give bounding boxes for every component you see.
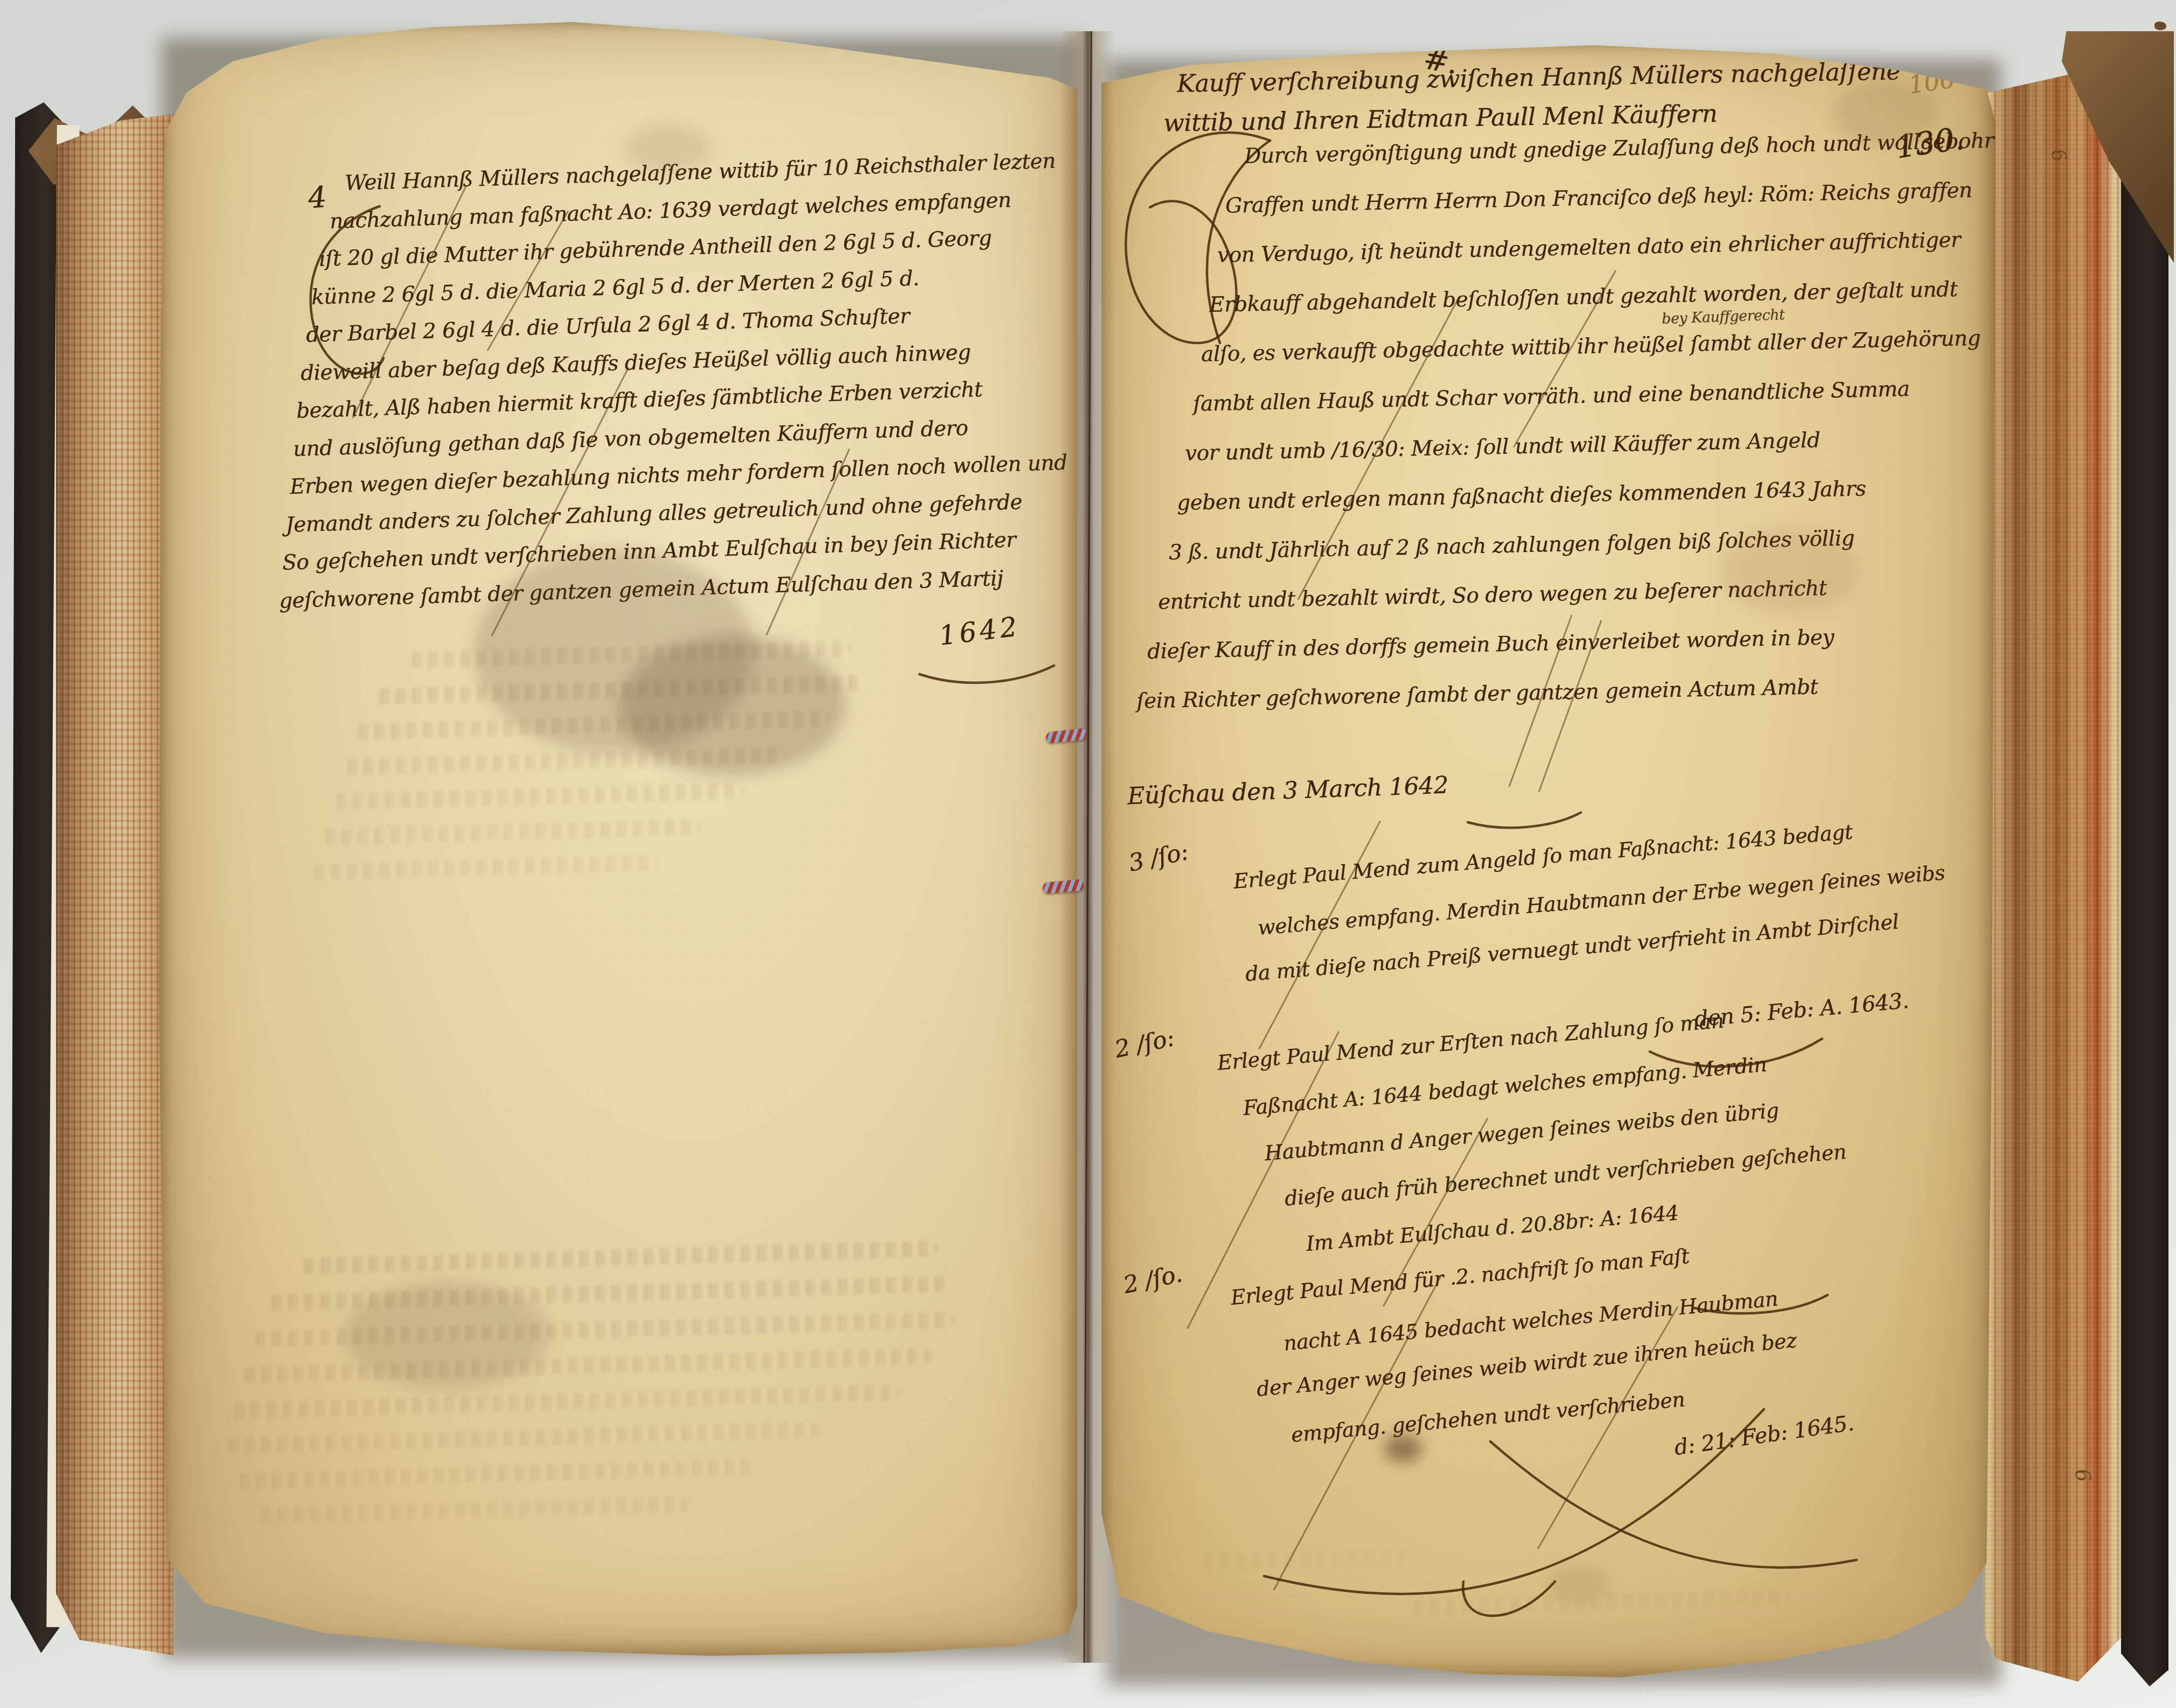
pen-flourish-underline	[913, 657, 1064, 700]
pen-flourish	[1644, 1029, 1828, 1081]
debris-speck	[2154, 22, 2166, 30]
initial-swash	[285, 197, 399, 407]
page-edge-grain	[1984, 74, 2141, 1682]
signature-flourish	[1231, 1397, 1915, 1656]
book-gutter	[1059, 31, 1115, 1663]
paper-stain	[1718, 528, 1858, 614]
left-page: 4 Weill Hannß Müllers nachgelaſſene witt…	[159, 19, 1077, 1656]
paper-stain	[1546, 1564, 1610, 1602]
paper-stain	[1831, 81, 1939, 145]
pen-flourish-underline	[1463, 806, 1587, 838]
right-leather-cover	[2121, 36, 2168, 1686]
paper-stain	[619, 635, 846, 775]
photo-of-open-manuscript-book: 6 6 4 Weill Hannß Müllers nachgelaſſene …	[0, 0, 2176, 1708]
left-page-edge-stack	[56, 114, 173, 1655]
gutter-seam	[1083, 31, 1092, 1663]
right-page-edge-stack	[1984, 74, 2141, 1682]
paper-stain	[1384, 1435, 1422, 1462]
right-page: #. 100 130. Kauff verſchreibung zwiſchen…	[1101, 40, 1996, 1677]
red-edge-speckle	[56, 114, 173, 1655]
pen-flourish-underline	[1689, 1289, 1834, 1323]
paper-stain	[345, 1282, 549, 1389]
paper-stain	[625, 124, 711, 172]
